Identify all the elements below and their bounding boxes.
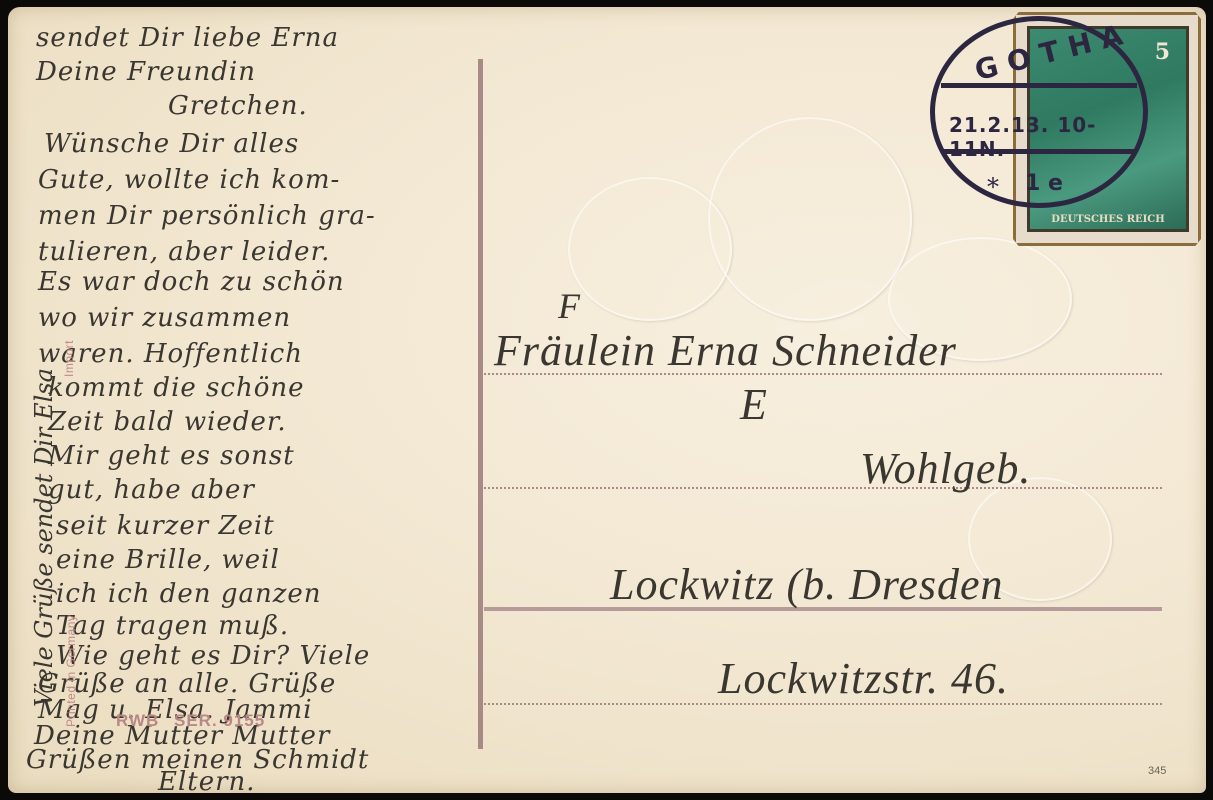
publisher-mark: RWB — [116, 711, 159, 731]
postmark-bar — [941, 83, 1137, 88]
message-line: gut, habe aber — [48, 477, 255, 503]
message-line: tulieren, aber leider. — [38, 239, 330, 265]
address-line — [484, 487, 1162, 489]
series-number: SER. 9155 — [174, 711, 265, 731]
message-line: Mir geht es sonst — [48, 443, 295, 469]
address-recipient-e: E — [740, 379, 768, 430]
message-line: Tag tragen muß. — [56, 613, 289, 639]
stamp-value: 5 — [1155, 39, 1170, 65]
postmark: GOTHA 21.2.13. 10-11N. * 1 e — [930, 16, 1148, 208]
message-line: Gute, wollte ich kom- — [38, 167, 340, 193]
message-line: Wie geht es Dir? Viele — [56, 643, 370, 669]
postmark-city: GOTHA — [971, 16, 1135, 87]
message-line: kommt die schöne — [48, 375, 304, 401]
emboss-flower — [708, 117, 912, 321]
printed-in-germany: Printed in Germany — [64, 615, 78, 727]
message-line: seit kurzer Zeit — [56, 513, 275, 539]
address-title: Wohlgeb. — [860, 443, 1031, 494]
margin-note: Viele Grüße sendet Dir Elsa — [30, 368, 58, 707]
message-line: Es war doch zu schön — [38, 269, 345, 295]
star-icon: * — [987, 173, 999, 201]
corner-number: 345 — [1148, 765, 1166, 777]
postcard: sendet Dir liebe Erna Deine Freundin Gre… — [8, 7, 1206, 793]
message-line: men Dir persönlich gra- — [38, 203, 376, 229]
stamp-country: DEUTSCHES REICH — [1030, 214, 1186, 225]
message-line: waren. Hoffentlich — [38, 341, 303, 367]
address-recipient: Fräulein Erna Schneider — [494, 325, 957, 376]
message-line: eine Brille, weil — [56, 547, 280, 573]
message-line: Grüße an alle. Grüße — [38, 671, 336, 697]
address-city: Lockwitz (b. Dresden — [610, 559, 1004, 610]
message-line: Gretchen. — [168, 93, 308, 119]
message-line: Zeit bald wieder. — [48, 409, 287, 435]
emboss-flower — [568, 177, 732, 321]
address-prefix: F — [558, 285, 581, 327]
message-line: Deine Freundin — [36, 59, 256, 85]
vertical-divider — [478, 59, 483, 749]
message-line: sendet Dir liebe Erna — [36, 25, 339, 51]
printed-import: Import — [62, 340, 76, 377]
message-line: ich ich den ganzen — [56, 581, 322, 607]
postmark-code: 1 e — [1025, 171, 1063, 196]
postmark-bar — [941, 149, 1137, 154]
message-line: Wünsche Dir alles — [44, 131, 299, 157]
address-street: Lockwitzstr. 46. — [718, 653, 1009, 704]
message-line: wo wir zusammen — [38, 305, 291, 331]
message-line: Eltern. — [158, 769, 256, 793]
